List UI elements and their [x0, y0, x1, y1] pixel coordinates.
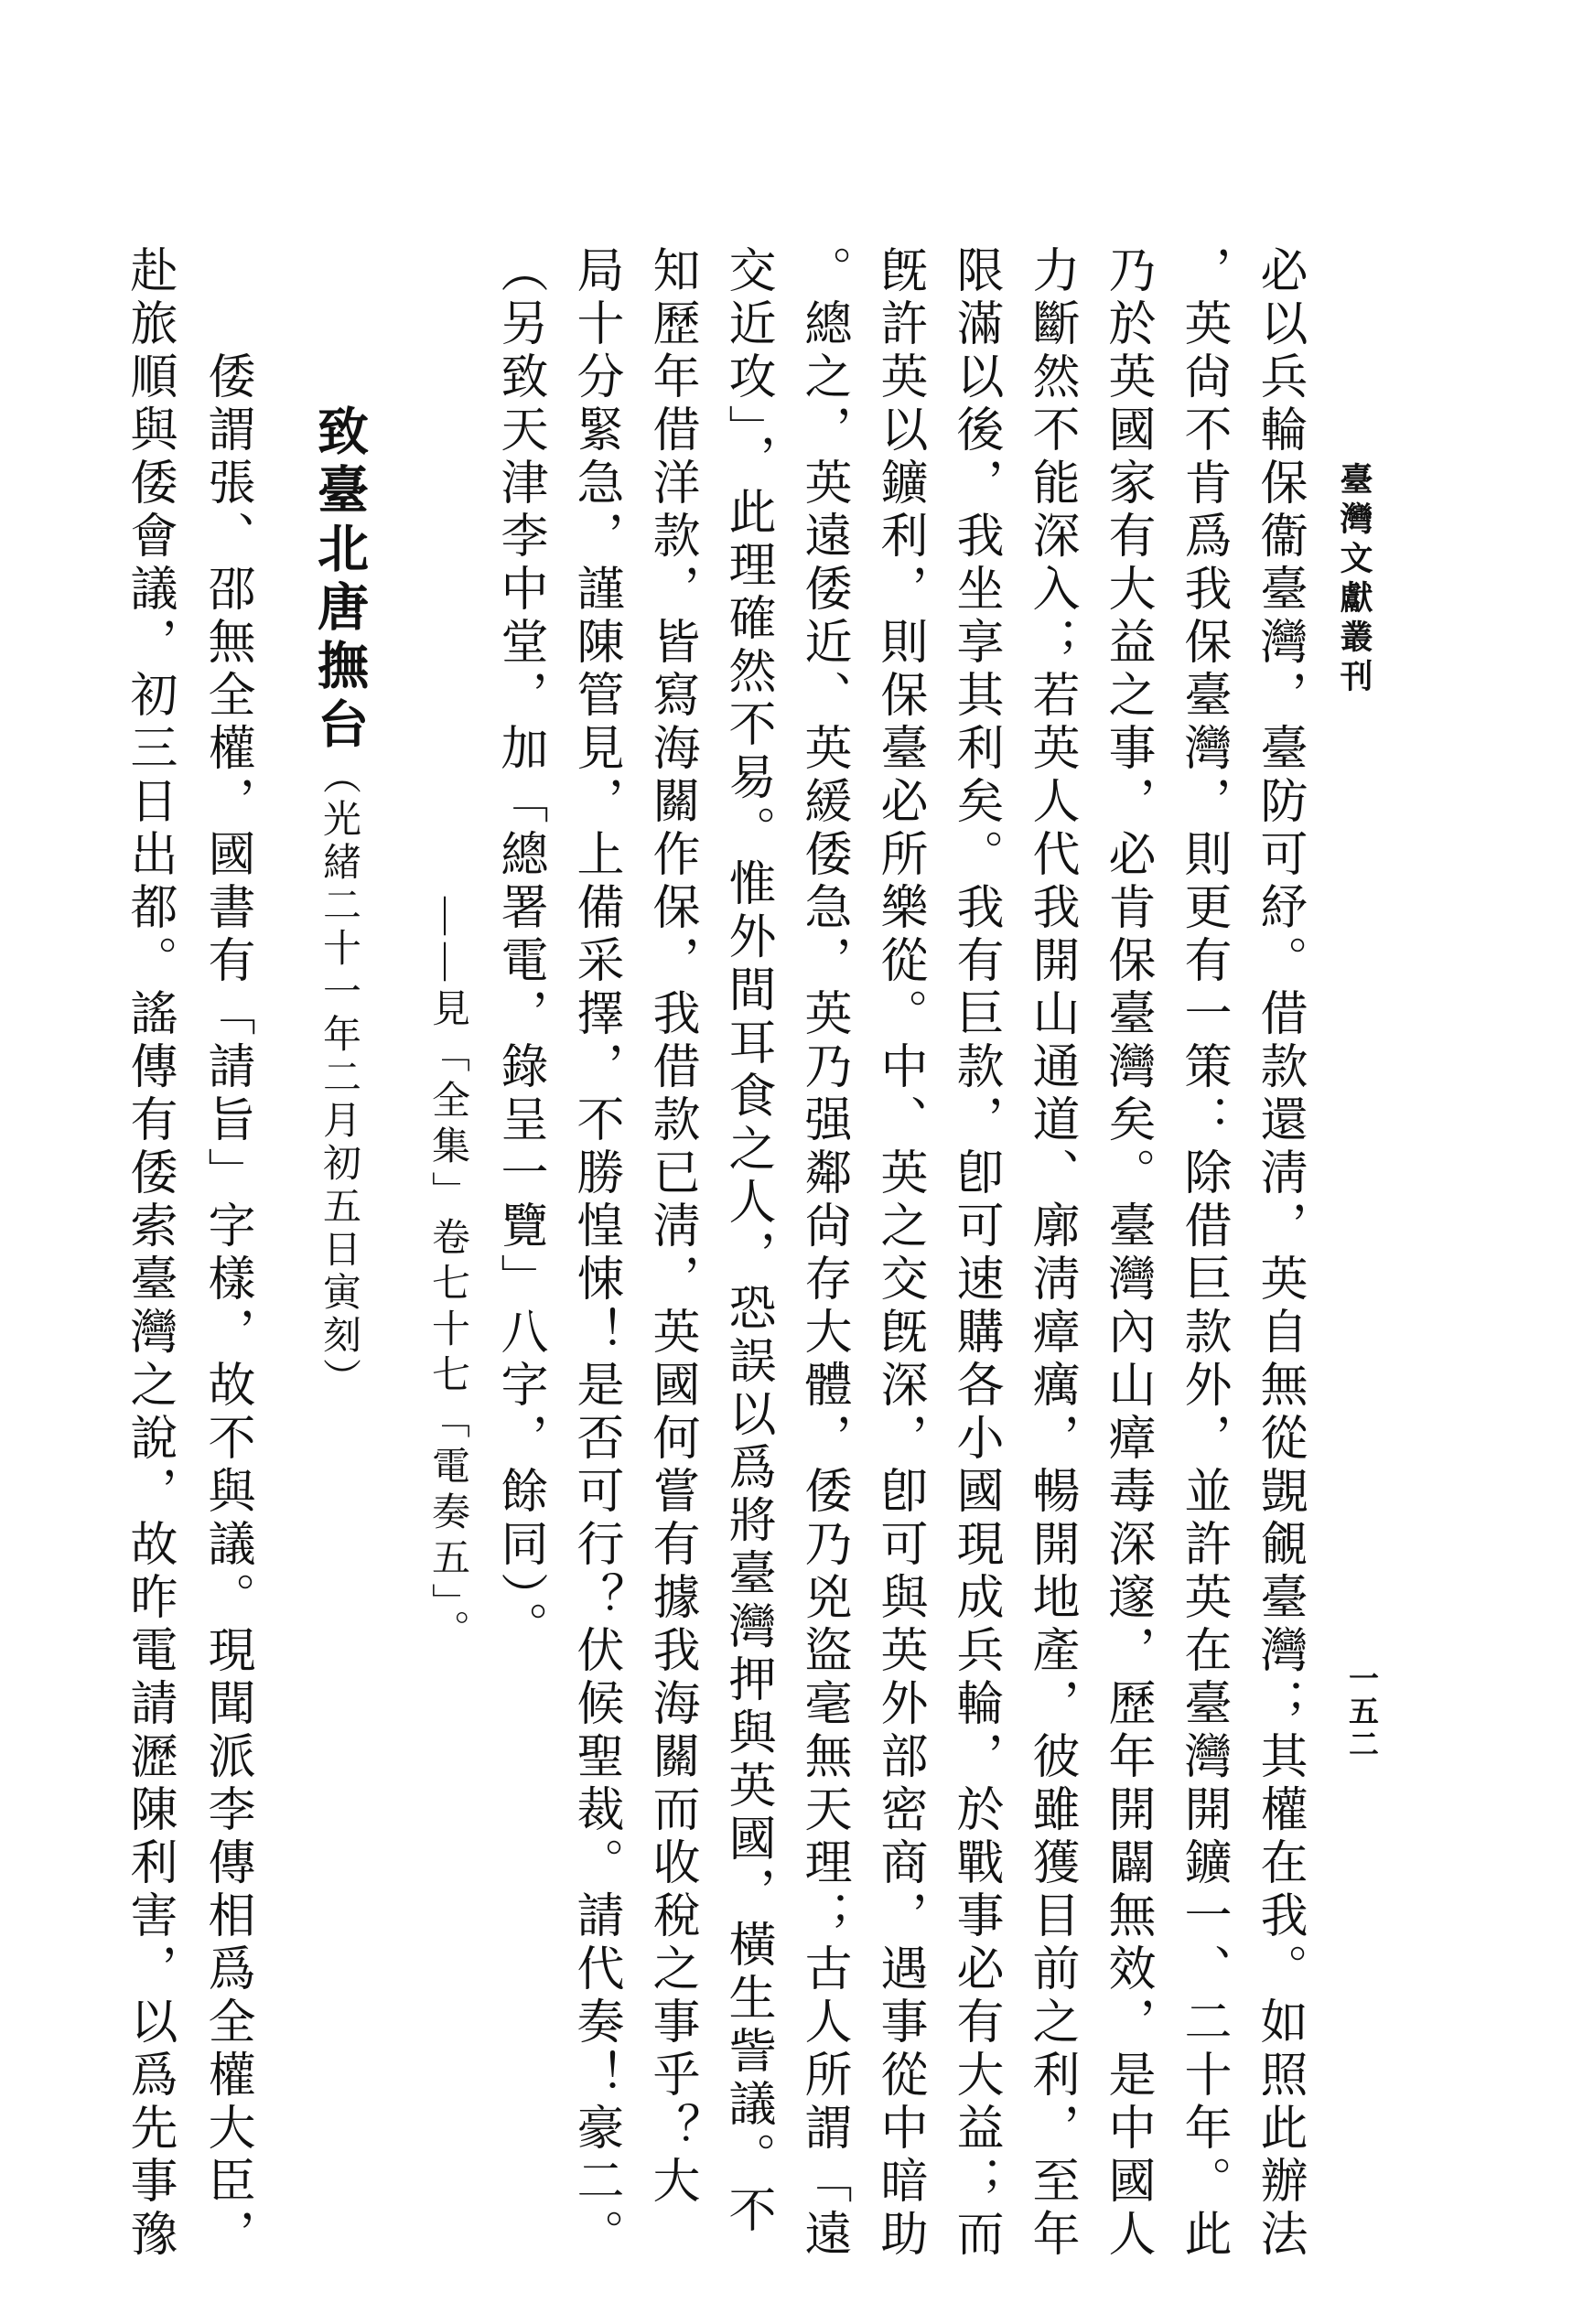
running-header: 臺灣文獻叢刊 — [1338, 462, 1371, 698]
text-column-1: 必以兵輪保衞臺灣，臺防可紓。借款還淸，英自無從覬覦臺灣；其權在我。如照此辦法 — [1255, 245, 1302, 2262]
text-column-8: 交近攻」，此理確然不易。惟外間耳食之人，恐誤以爲將臺灣押與英國，橫生訾議。不 — [723, 245, 770, 2238]
text-column-3: 乃於英國家有大益之事，必肯保臺灣矣。臺灣內山瘴毒深邃，歷年開闢無效，是中國人 — [1103, 245, 1150, 2262]
source-citation: ——見「全集」卷七十七「電奏五」。 — [428, 897, 467, 1655]
text-column-2: ，英尙不肯爲我保臺灣，則更有一策：除借巨款外，並許英在臺灣開鑛一、二十年。此 — [1179, 245, 1226, 2262]
scanned-book-page: 臺灣文獻叢刊 一五二 必以兵輪保衞臺灣，臺防可紓。借款還淸，英自無從覬覦臺灣；其… — [0, 0, 1583, 2324]
text-column-13: 赴旅順與倭會議，初三日出都。謠傳有倭索臺灣之說，故昨電請瀝陳利害，以爲先事豫 — [124, 245, 172, 2262]
page-number: 一五二 — [1345, 1662, 1375, 1761]
section-heading-title: 致臺北唐撫台 — [310, 404, 367, 756]
text-column-4: 力斷然不能深入；若英人代我開山通道、廓淸瘴癘，暢開地產，彼雖獲目前之利，至年 — [1027, 245, 1074, 2262]
section-heading: 致臺北唐撫台（光緒二十一年二月初五日寅刻） — [313, 404, 364, 1401]
text-column-6: 旣許英以鑛利，則保臺必所樂從。中、英之交旣深，卽可與英外部密商，遇事從中暗助 — [875, 245, 922, 2262]
text-column-10: 局十分緊急，謹陳管見，上備采擇，不勝惶悚！是否可行？伏候聖裁。請代奏！豪二。 — [571, 245, 619, 2262]
text-column-9: 知歷年借洋款，皆寫海關作保，我借款已淸，英國何嘗有據我海關而收稅之事乎？大 — [647, 245, 695, 2209]
text-column-12: 倭謂張、邵無全權，國書有「請旨」字樣，故不與議。現聞派李傳相爲全權大臣， — [202, 351, 250, 2262]
text-column-7: 。總之，英遠倭近、英緩倭急，英乃强鄰尙存大體，倭乃兇盜毫無天理；古人所謂「遠 — [799, 245, 846, 2262]
section-heading-date: （光緒二十一年二月初五日寅刻） — [318, 756, 360, 1401]
text-column-5: 限滿以後，我坐享其利矣。我有巨款，卽可速購各小國現成兵輪，於戰事必有大益；而 — [951, 245, 998, 2262]
text-column-11: （另致天津李中堂，加「總署電，錄呈一覽」八字，餘同）。 — [495, 245, 543, 1654]
